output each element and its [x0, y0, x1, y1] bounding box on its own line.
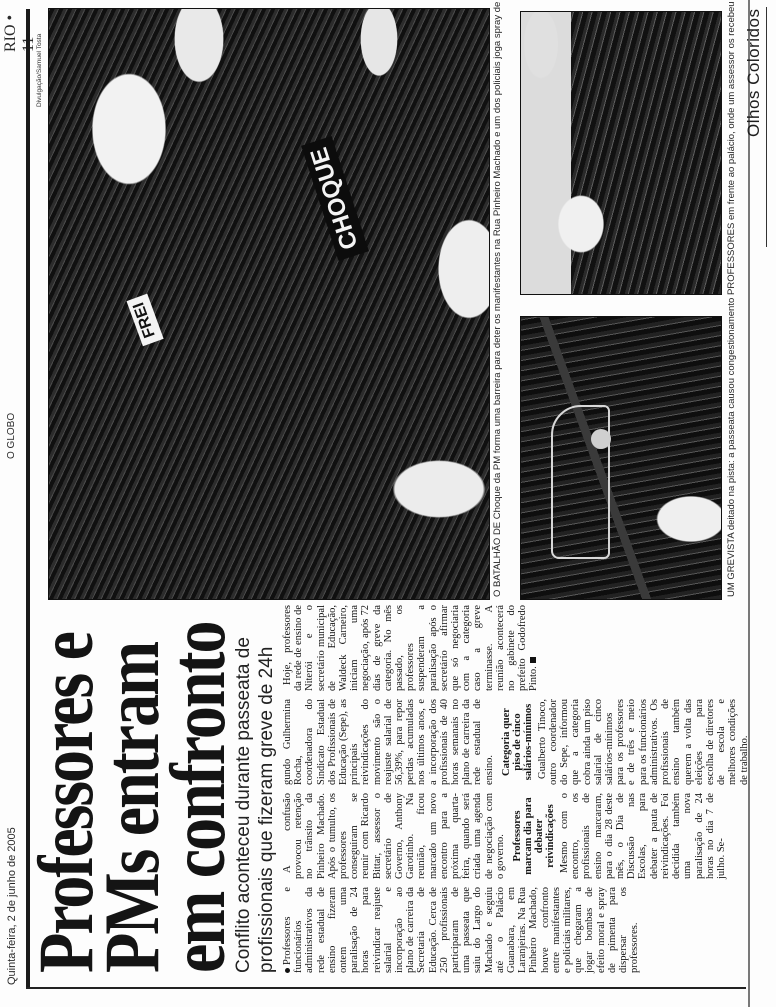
article-subheading: Professores marcam dia para debater reiv…: [512, 793, 556, 879]
left-margin-rule: [26, 987, 746, 989]
article-column-3: gundo Gulhermina Rocha, coordenadora do …: [282, 699, 752, 785]
paragraph: Mesmo com o encontro, os profissionais d…: [559, 793, 727, 879]
main-photo-riot-police: FREI CHOQUE: [48, 8, 490, 600]
police-shield: CHOQUE: [301, 136, 369, 261]
paragraph: Professores e funcionários administrativ…: [282, 887, 641, 973]
car-wheel: [591, 429, 611, 449]
article-column-1: Professores e funcionários administrativ…: [282, 887, 752, 973]
side-rule: [766, 7, 767, 247]
protest-sign: FREI: [126, 293, 163, 346]
bullet-icon: [285, 968, 290, 973]
right-photo-caption: PROFESSORES em frente ao palácio, onde u…: [726, 1, 737, 295]
article-subhead: Conflito aconteceu durante passeata de p…: [232, 603, 278, 973]
scan-fold-edge: [748, 0, 750, 1007]
paragraph: gundo Gulhermina Rocha, coordenadora do …: [282, 699, 495, 785]
article-column-4: Hoje, professores da rede de ensino de N…: [282, 605, 752, 691]
article-subheading: Categoria quer piso de cinco salários-mí…: [501, 699, 534, 785]
left-photo-caption: UM GREVISTA deitado na pista: a passeata…: [726, 298, 737, 597]
header-section-page: RIO • 11: [2, 0, 38, 52]
photo-teachers-at-palace: [520, 11, 722, 295]
header-date: Quinta-feira, 2 de junho de 2005: [6, 827, 18, 985]
paragraph: A confusão provocou retenção no trânsito…: [282, 793, 506, 879]
article-headline: Professores e PMs entram em confronto: [34, 603, 232, 973]
article-body: Professores e funcionários administrativ…: [282, 603, 752, 973]
paragraph: Gualberto Tinoco, outro coordenador do S…: [537, 699, 750, 785]
header-paper-name: O GLOBO: [6, 413, 17, 459]
photo-credit: Divulgação/Samuel Tosta: [36, 34, 43, 107]
paragraph: Hoje, professores da rede de ensino de N…: [282, 605, 540, 691]
main-photo-caption: O BATALHÃO DE Choque da PM forma uma bar…: [492, 0, 503, 597]
side-section-label: Olhos Coloridos: [744, 9, 764, 137]
newspaper-page: Quinta-feira, 2 de junho de 2005 O GLOBO…: [0, 0, 776, 1007]
article-column-2: A confusão provocou retenção no trânsito…: [282, 793, 752, 879]
photo-striker-on-road: [520, 316, 722, 600]
end-of-article-icon: [530, 657, 536, 663]
headline-line-3: em confronto: [166, 603, 232, 973]
